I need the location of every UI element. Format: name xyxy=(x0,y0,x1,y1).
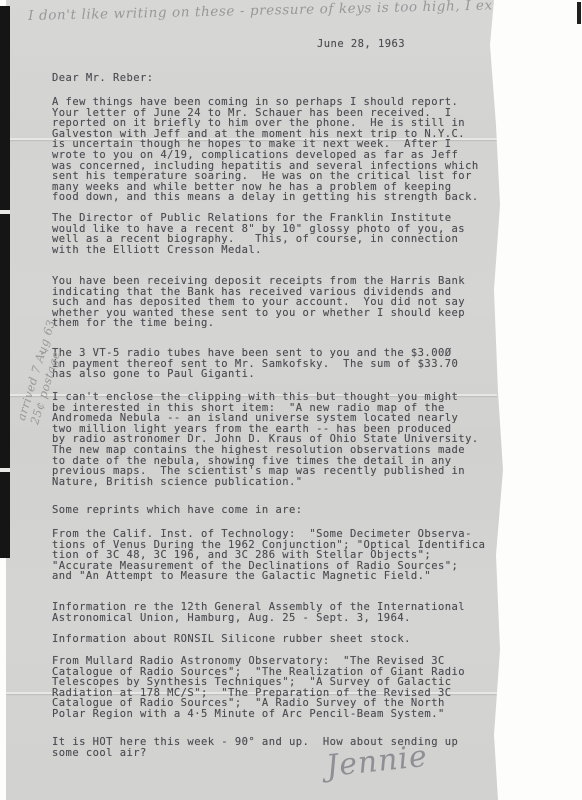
line-ronsil-info: Information about RONSIL Silicone rubber… xyxy=(52,634,411,645)
film-edge-notch xyxy=(0,210,10,214)
handwritten-top-note: I don't like writing on these - pressure… xyxy=(28,0,468,24)
film-edge-notch xyxy=(0,468,10,472)
paragraph-radio-tubes: The 3 VT-5 radio tubes have been sent to… xyxy=(52,348,458,380)
paragraph-harris-bank: You have been receiving deposit receipts… xyxy=(52,276,465,329)
paragraph-franklin-photo: The Director of Public Relations for the… xyxy=(52,213,465,255)
paragraph-caltech-reprints: From the Calif. Inst. of Technology: "So… xyxy=(52,529,485,582)
letter-page: I don't like writing on these - pressure… xyxy=(6,0,503,800)
line-reprints-intro: Some reprints which have come in are: xyxy=(52,505,303,516)
scan-film-edge xyxy=(0,6,10,558)
paragraph-andromeda-map: I can't enclose the clipping with this b… xyxy=(52,392,479,487)
scan-corner-mark xyxy=(577,2,581,24)
paragraph-mullard-reprints: From Mullard Radio Astronomy Observatory… xyxy=(52,656,465,720)
salutation: Dear Mr. Reber: xyxy=(52,73,154,84)
paragraph-iau-assembly: Information re the 12th General Assembly… xyxy=(52,602,465,623)
paragraph-health-report: A few things have been coming in so perh… xyxy=(52,97,479,203)
letter-date: June 28, 1963 xyxy=(317,39,405,50)
